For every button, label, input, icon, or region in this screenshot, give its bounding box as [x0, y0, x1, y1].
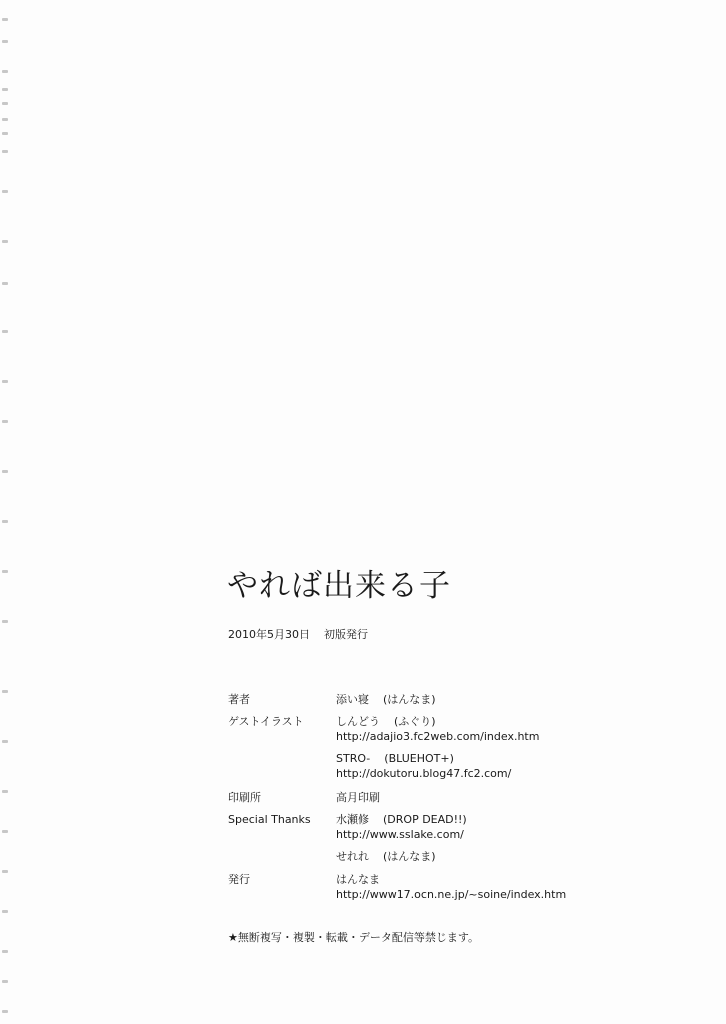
publication-date: 2010年5月30日	[228, 628, 310, 641]
publication-line: 2010年5月30日初版発行	[228, 626, 368, 642]
credit-label: 印刷所	[228, 790, 261, 805]
guest-group: (BLUEHOT+)	[384, 752, 454, 765]
credit-label: 著者	[228, 692, 250, 707]
book-title: やれば出来る子	[227, 560, 451, 605]
thanks-group: (DROP DEAD!!)	[383, 813, 467, 826]
thanks-group: (はんなま)	[383, 850, 436, 863]
thanks-name: 水瀬修	[336, 813, 369, 826]
guest-group: (ふぐり)	[394, 715, 436, 728]
guest-name: STRO-	[336, 752, 370, 765]
credit-label: Special Thanks	[228, 812, 311, 827]
binding-edge	[0, 0, 14, 1024]
author-name: 添い寝	[336, 693, 369, 706]
guest-url[interactable]: http://adajio3.fc2web.com/index.htm	[336, 729, 539, 744]
publisher-url[interactable]: http://www17.ocn.ne.jp/~soine/index.htm	[336, 887, 566, 902]
copyright-notice: ★無断複写・複製・転載・データ配信等禁じます。	[228, 929, 479, 945]
credit-label: 発行	[228, 872, 250, 887]
thanks-url[interactable]: http://www.sslake.com/	[336, 827, 464, 842]
edition-label: 初版発行	[324, 628, 368, 641]
printer-name: 高月印刷	[336, 790, 380, 805]
publisher-name: はんなま	[336, 872, 380, 887]
author-group: (はんなま)	[383, 693, 436, 706]
credit-label: ゲストイラスト	[228, 714, 304, 729]
guest-name: しんどう	[336, 715, 380, 728]
guest-url[interactable]: http://dokutoru.blog47.fc2.com/	[336, 766, 511, 781]
thanks-name: せれれ	[336, 850, 369, 863]
